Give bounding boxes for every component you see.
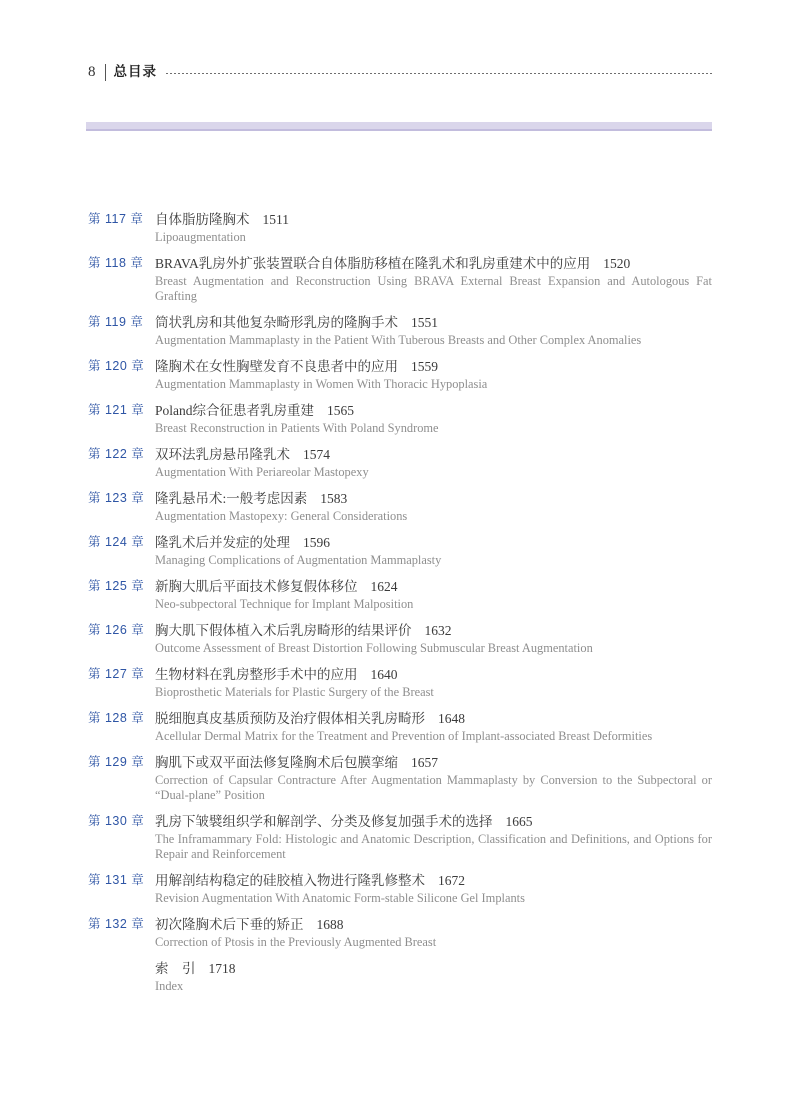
chapter-title-line: 初次隆胸术后下垂的矫正1688	[155, 916, 712, 933]
chapter-label: 第 117 章	[88, 211, 155, 228]
chapter-subtitle: Breast Augmentation and Reconstruction U…	[155, 274, 712, 304]
chapter-subtitle: Bioprosthetic Materials for Plastic Surg…	[155, 685, 712, 700]
toc-entry-body: BRAVA乳房外扩张装置联合自体脂肪移植在隆乳术和乳房重建术中的应用1520 B…	[155, 255, 712, 304]
toc-entry-body: 用解剖结构稳定的硅胶植入物进行隆乳修整术1672 Revision Augmen…	[155, 872, 712, 906]
chapter-title-line: 新胸大肌后平面技术修复假体移位1624	[155, 578, 712, 595]
toc-entry-body: Poland综合征患者乳房重建1565 Breast Reconstructio…	[155, 402, 712, 436]
chapter-subtitle: Outcome Assessment of Breast Distortion …	[155, 641, 712, 656]
chapter-subtitle: Acellular Dermal Matrix for the Treatmen…	[155, 729, 712, 744]
toc-entry: 第 120 章 隆胸术在女性胸壁发育不良患者中的应用1559 Augmentat…	[88, 358, 712, 392]
chapter-page-ref: 1574	[303, 447, 330, 462]
chapter-title-line: 胸肌下或双平面法修复隆胸术后包膜挛缩1657	[155, 754, 712, 771]
chapter-page-ref: 1596	[303, 535, 330, 550]
chapter-title-line: 隆胸术在女性胸壁发育不良患者中的应用1559	[155, 358, 712, 375]
chapter-label: 第 123 章	[88, 490, 155, 507]
chapter-subtitle: Index	[155, 979, 712, 994]
chapter-title: 隆乳术后并发症的处理	[155, 535, 290, 550]
toc-entry-body: 脱细胞真皮基质预防及治疗假体相关乳房畸形1648 Acellular Derma…	[155, 710, 712, 744]
toc-page: 8 总目录 第 117 章 自体脂肪隆胸术1511 Lipoaugmentati…	[0, 0, 806, 1100]
toc-entry-body: 生物材料在乳房整形手术中的应用1640 Bioprosthetic Materi…	[155, 666, 712, 700]
chapter-subtitle: Augmentation Mastopexy: General Consider…	[155, 509, 712, 524]
chapter-page-ref: 1551	[411, 315, 438, 330]
chapter-title: 双环法乳房悬吊隆乳术	[155, 447, 290, 462]
chapter-title: 胸肌下或双平面法修复隆胸术后包膜挛缩	[155, 755, 398, 770]
chapter-page-ref: 1640	[371, 667, 398, 682]
toc-entry: 第 130 章 乳房下皱襞组织学和解剖学、分类及修复加强手术的选择1665 Th…	[88, 813, 712, 862]
chapter-title-line: 隆乳悬吊术:一般考虑因素1583	[155, 490, 712, 507]
chapter-title: 乳房下皱襞组织学和解剖学、分类及修复加强手术的选择	[155, 814, 493, 829]
chapter-page-ref: 1657	[411, 755, 438, 770]
chapter-title: 筒状乳房和其他复杂畸形乳房的隆胸手术	[155, 315, 398, 330]
chapter-page-ref: 1632	[425, 623, 452, 638]
chapter-title: 胸大肌下假体植入术后乳房畸形的结果评价	[155, 623, 412, 638]
chapter-title: 隆胸术在女性胸壁发育不良患者中的应用	[155, 359, 398, 374]
section-accent-bar	[86, 122, 712, 131]
chapter-title: 生物材料在乳房整形手术中的应用	[155, 667, 358, 682]
toc-entry-body: 胸肌下或双平面法修复隆胸术后包膜挛缩1657 Correction of Cap…	[155, 754, 712, 803]
toc-entry: 第 118 章 BRAVA乳房外扩张装置联合自体脂肪移植在隆乳术和乳房重建术中的…	[88, 255, 712, 304]
toc-entry: 第 122 章 双环法乳房悬吊隆乳术1574 Augmentation With…	[88, 446, 712, 480]
chapter-subtitle: Correction of Ptosis in the Previously A…	[155, 935, 712, 950]
toc-list: 第 117 章 自体脂肪隆胸术1511 Lipoaugmentation 第 1…	[88, 211, 712, 994]
toc-entry: 第 127 章 生物材料在乳房整形手术中的应用1640 Bioprostheti…	[88, 666, 712, 700]
toc-entry: 第 117 章 自体脂肪隆胸术1511 Lipoaugmentation	[88, 211, 712, 245]
chapter-subtitle: Correction of Capsular Contracture After…	[155, 773, 712, 803]
chapter-page-ref: 1672	[438, 873, 465, 888]
chapter-page-ref: 1520	[603, 256, 630, 271]
chapter-label: 第 130 章	[88, 813, 155, 830]
chapter-subtitle: Revision Augmentation With Anatomic Form…	[155, 891, 712, 906]
toc-entry: 第 121 章 Poland综合征患者乳房重建1565 Breast Recon…	[88, 402, 712, 436]
chapter-page-ref: 1688	[317, 917, 344, 932]
chapter-label: 第 126 章	[88, 622, 155, 639]
chapter-title: 自体脂肪隆胸术	[155, 212, 250, 227]
chapter-page-ref: 1648	[438, 711, 465, 726]
toc-entry: 第 128 章 脱细胞真皮基质预防及治疗假体相关乳房畸形1648 Acellul…	[88, 710, 712, 744]
toc-entry-body: 双环法乳房悬吊隆乳术1574 Augmentation With Periare…	[155, 446, 712, 480]
chapter-label: 第 132 章	[88, 916, 155, 933]
chapter-title: Poland综合征患者乳房重建	[155, 403, 314, 418]
chapter-label: 第 122 章	[88, 446, 155, 463]
chapter-subtitle: Managing Complications of Augmentation M…	[155, 553, 712, 568]
chapter-subtitle: Neo-subpectoral Technique for Implant Ma…	[155, 597, 712, 612]
toc-entry: 第 123 章 隆乳悬吊术:一般考虑因素1583 Augmentation Ma…	[88, 490, 712, 524]
chapter-title: 初次隆胸术后下垂的矫正	[155, 917, 304, 932]
chapter-subtitle: Lipoaugmentation	[155, 230, 712, 245]
chapter-title-line: 自体脂肪隆胸术1511	[155, 211, 712, 228]
toc-entry-body: 胸大肌下假体植入术后乳房畸形的结果评价1632 Outcome Assessme…	[155, 622, 712, 656]
chapter-title: 用解剖结构稳定的硅胶植入物进行隆乳修整术	[155, 873, 425, 888]
toc-entry-body: 隆乳术后并发症的处理1596 Managing Complications of…	[155, 534, 712, 568]
header-divider	[105, 64, 106, 81]
chapter-title-line: 隆乳术后并发症的处理1596	[155, 534, 712, 551]
chapter-page-ref: 1559	[411, 359, 438, 374]
chapter-subtitle: Breast Reconstruction in Patients With P…	[155, 421, 712, 436]
toc-entry-body: 隆乳悬吊术:一般考虑因素1583 Augmentation Mastopexy:…	[155, 490, 712, 524]
chapter-title-line: BRAVA乳房外扩张装置联合自体脂肪移植在隆乳术和乳房重建术中的应用1520	[155, 255, 712, 272]
toc-entry-body: 乳房下皱襞组织学和解剖学、分类及修复加强手术的选择1665 The Infram…	[155, 813, 712, 862]
toc-entry-body: 隆胸术在女性胸壁发育不良患者中的应用1559 Augmentation Mamm…	[155, 358, 712, 392]
chapter-title-line: 乳房下皱襞组织学和解剖学、分类及修复加强手术的选择1665	[155, 813, 712, 830]
toc-entry-body: 自体脂肪隆胸术1511 Lipoaugmentation	[155, 211, 712, 245]
toc-entry-body: 初次隆胸术后下垂的矫正1688 Correction of Ptosis in …	[155, 916, 712, 950]
page-number: 8	[88, 62, 96, 82]
chapter-title: 新胸大肌后平面技术修复假体移位	[155, 579, 358, 594]
toc-entry: 索 引1718 Index	[88, 960, 712, 994]
chapter-label: 第 124 章	[88, 534, 155, 551]
header-dotted-line	[166, 73, 712, 74]
toc-entry: 第 129 章 胸肌下或双平面法修复隆胸术后包膜挛缩1657 Correctio…	[88, 754, 712, 803]
chapter-title: 脱细胞真皮基质预防及治疗假体相关乳房畸形	[155, 711, 425, 726]
chapter-title-line: Poland综合征患者乳房重建1565	[155, 402, 712, 419]
chapter-page-ref: 1565	[327, 403, 354, 418]
chapter-page-ref: 1718	[209, 961, 236, 976]
toc-entry: 第 126 章 胸大肌下假体植入术后乳房畸形的结果评价1632 Outcome …	[88, 622, 712, 656]
chapter-label: 第 131 章	[88, 872, 155, 889]
chapter-title-line: 用解剖结构稳定的硅胶植入物进行隆乳修整术1672	[155, 872, 712, 889]
chapter-subtitle: Augmentation Mammaplasty in the Patient …	[155, 333, 712, 348]
chapter-title: 隆乳悬吊术:一般考虑因素	[155, 491, 307, 506]
page-header: 8 总目录	[88, 62, 712, 82]
chapter-title-line: 双环法乳房悬吊隆乳术1574	[155, 446, 712, 463]
chapter-page-ref: 1511	[263, 212, 290, 227]
toc-entry: 第 125 章 新胸大肌后平面技术修复假体移位1624 Neo-subpecto…	[88, 578, 712, 612]
chapter-label: 第 120 章	[88, 358, 155, 375]
chapter-subtitle: The Inframammary Fold: Histologic and An…	[155, 832, 712, 862]
chapter-subtitle: Augmentation With Periareolar Mastopexy	[155, 465, 712, 480]
header-title: 总目录	[114, 62, 158, 82]
chapter-title-line: 胸大肌下假体植入术后乳房畸形的结果评价1632	[155, 622, 712, 639]
chapter-label: 第 119 章	[88, 314, 155, 331]
toc-entry-body: 筒状乳房和其他复杂畸形乳房的隆胸手术1551 Augmentation Mamm…	[155, 314, 712, 348]
chapter-subtitle: Augmentation Mammaplasty in Women With T…	[155, 377, 712, 392]
chapter-title-line: 筒状乳房和其他复杂畸形乳房的隆胸手术1551	[155, 314, 712, 331]
chapter-label: 第 129 章	[88, 754, 155, 771]
toc-entry: 第 119 章 筒状乳房和其他复杂畸形乳房的隆胸手术1551 Augmentat…	[88, 314, 712, 348]
chapter-page-ref: 1583	[320, 491, 347, 506]
chapter-page-ref: 1665	[506, 814, 533, 829]
chapter-title-line: 生物材料在乳房整形手术中的应用1640	[155, 666, 712, 683]
chapter-label: 第 121 章	[88, 402, 155, 419]
chapter-title: BRAVA乳房外扩张装置联合自体脂肪移植在隆乳术和乳房重建术中的应用	[155, 256, 590, 271]
toc-entry-body: 索 引1718 Index	[155, 960, 712, 994]
toc-entry-body: 新胸大肌后平面技术修复假体移位1624 Neo-subpectoral Tech…	[155, 578, 712, 612]
chapter-title-line: 索 引1718	[155, 960, 712, 977]
chapter-label: 第 128 章	[88, 710, 155, 727]
chapter-label: 第 118 章	[88, 255, 155, 272]
toc-entry: 第 124 章 隆乳术后并发症的处理1596 Managing Complica…	[88, 534, 712, 568]
chapter-label: 第 125 章	[88, 578, 155, 595]
chapter-title-line: 脱细胞真皮基质预防及治疗假体相关乳房畸形1648	[155, 710, 712, 727]
toc-entry: 第 132 章 初次隆胸术后下垂的矫正1688 Correction of Pt…	[88, 916, 712, 950]
chapter-label: 第 127 章	[88, 666, 155, 683]
chapter-page-ref: 1624	[371, 579, 398, 594]
toc-entry: 第 131 章 用解剖结构稳定的硅胶植入物进行隆乳修整术1672 Revisio…	[88, 872, 712, 906]
chapter-title: 索 引	[155, 961, 196, 976]
